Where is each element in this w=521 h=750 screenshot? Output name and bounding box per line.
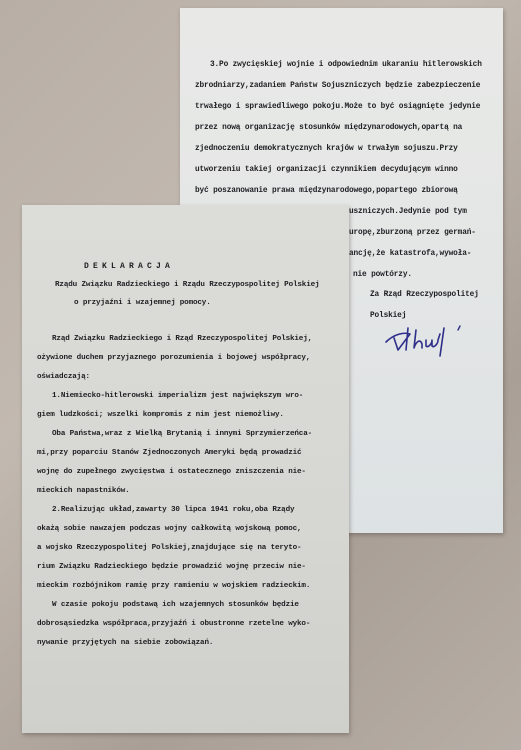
text-line: dobrosąsiedzka współpraca,przyjaźń i obu… [37,619,310,629]
subtitle-line: Rządu Związku Radzieckiego i Rządu Rzecz… [55,280,319,290]
text-line: mieckich napastników. [37,486,130,496]
text-line: Oba Państwa,wraz z Wielką Brytanią i inn… [52,429,312,439]
text-line: giem ludzkości; wszelki kompromis z nim … [37,410,284,420]
text-line: mieckim rozbójnikom ramię przy ramieniu … [37,581,310,591]
text-line: a wojsko Rzeczypospolitej Polskiej,znajd… [37,543,301,553]
text-line: oświadczają: [37,372,90,382]
text-line: trwałego i sprawiedliwego pokoju.Może to… [195,102,480,112]
text-line: wojnę do zupełnego zwycięstwa i ostatecz… [37,467,306,477]
handwritten-signature [380,320,490,360]
text-line: utworzeniu takiej organizacji czynnikiem… [195,165,458,175]
text-line: 1.Niemiecko-hitlerowski imperializm jest… [52,391,303,401]
declaration-title: DEKLARACJA [84,262,174,271]
text-line: rium Związku Radzieckiego będzie prowadz… [37,562,306,572]
text-line: W czasie pokoju podstawą ich wzajemnych … [52,600,299,610]
text-line: zjednoczeniu demokratycznych krajów w tr… [195,144,458,154]
text-line: nie powtórzy. [353,270,412,280]
text-line: przez nową organizację stosunków międzyn… [195,123,462,133]
text-line: być poszanowanie prawa międzynarodowego,… [195,186,458,196]
subtitle-line: o przyjaźni i wzajemnej pomocy. [74,298,211,308]
text-line: 3.Po zwycięskiej wojnie i odpowiednim uk… [210,60,482,70]
document-page-1: DEKLARACJA Rządu Związku Radzieckiego i … [22,205,349,733]
text-line: nywanie przyjętych na siebie zobowiązań. [37,638,213,648]
text-line: okażą sobie nawzajem podczas wojny całko… [37,524,301,534]
text-line: Rząd Związku Radzieckiego i Rząd Rzeczyp… [52,334,312,344]
text-line: mi,przy poparciu Stanów Zjednoczonych Am… [37,448,301,458]
text-line: ożywione duchem przyjaznego porozumienia… [37,353,310,363]
text-line: zbrodniarzy,zadaniem Państw Sojuszniczyc… [195,81,480,91]
text-line: 2.Realizując układ,zawarty 30 lipca 1941… [52,505,294,515]
signoff-line: Za Rząd Rzeczypospolitej [370,290,479,300]
